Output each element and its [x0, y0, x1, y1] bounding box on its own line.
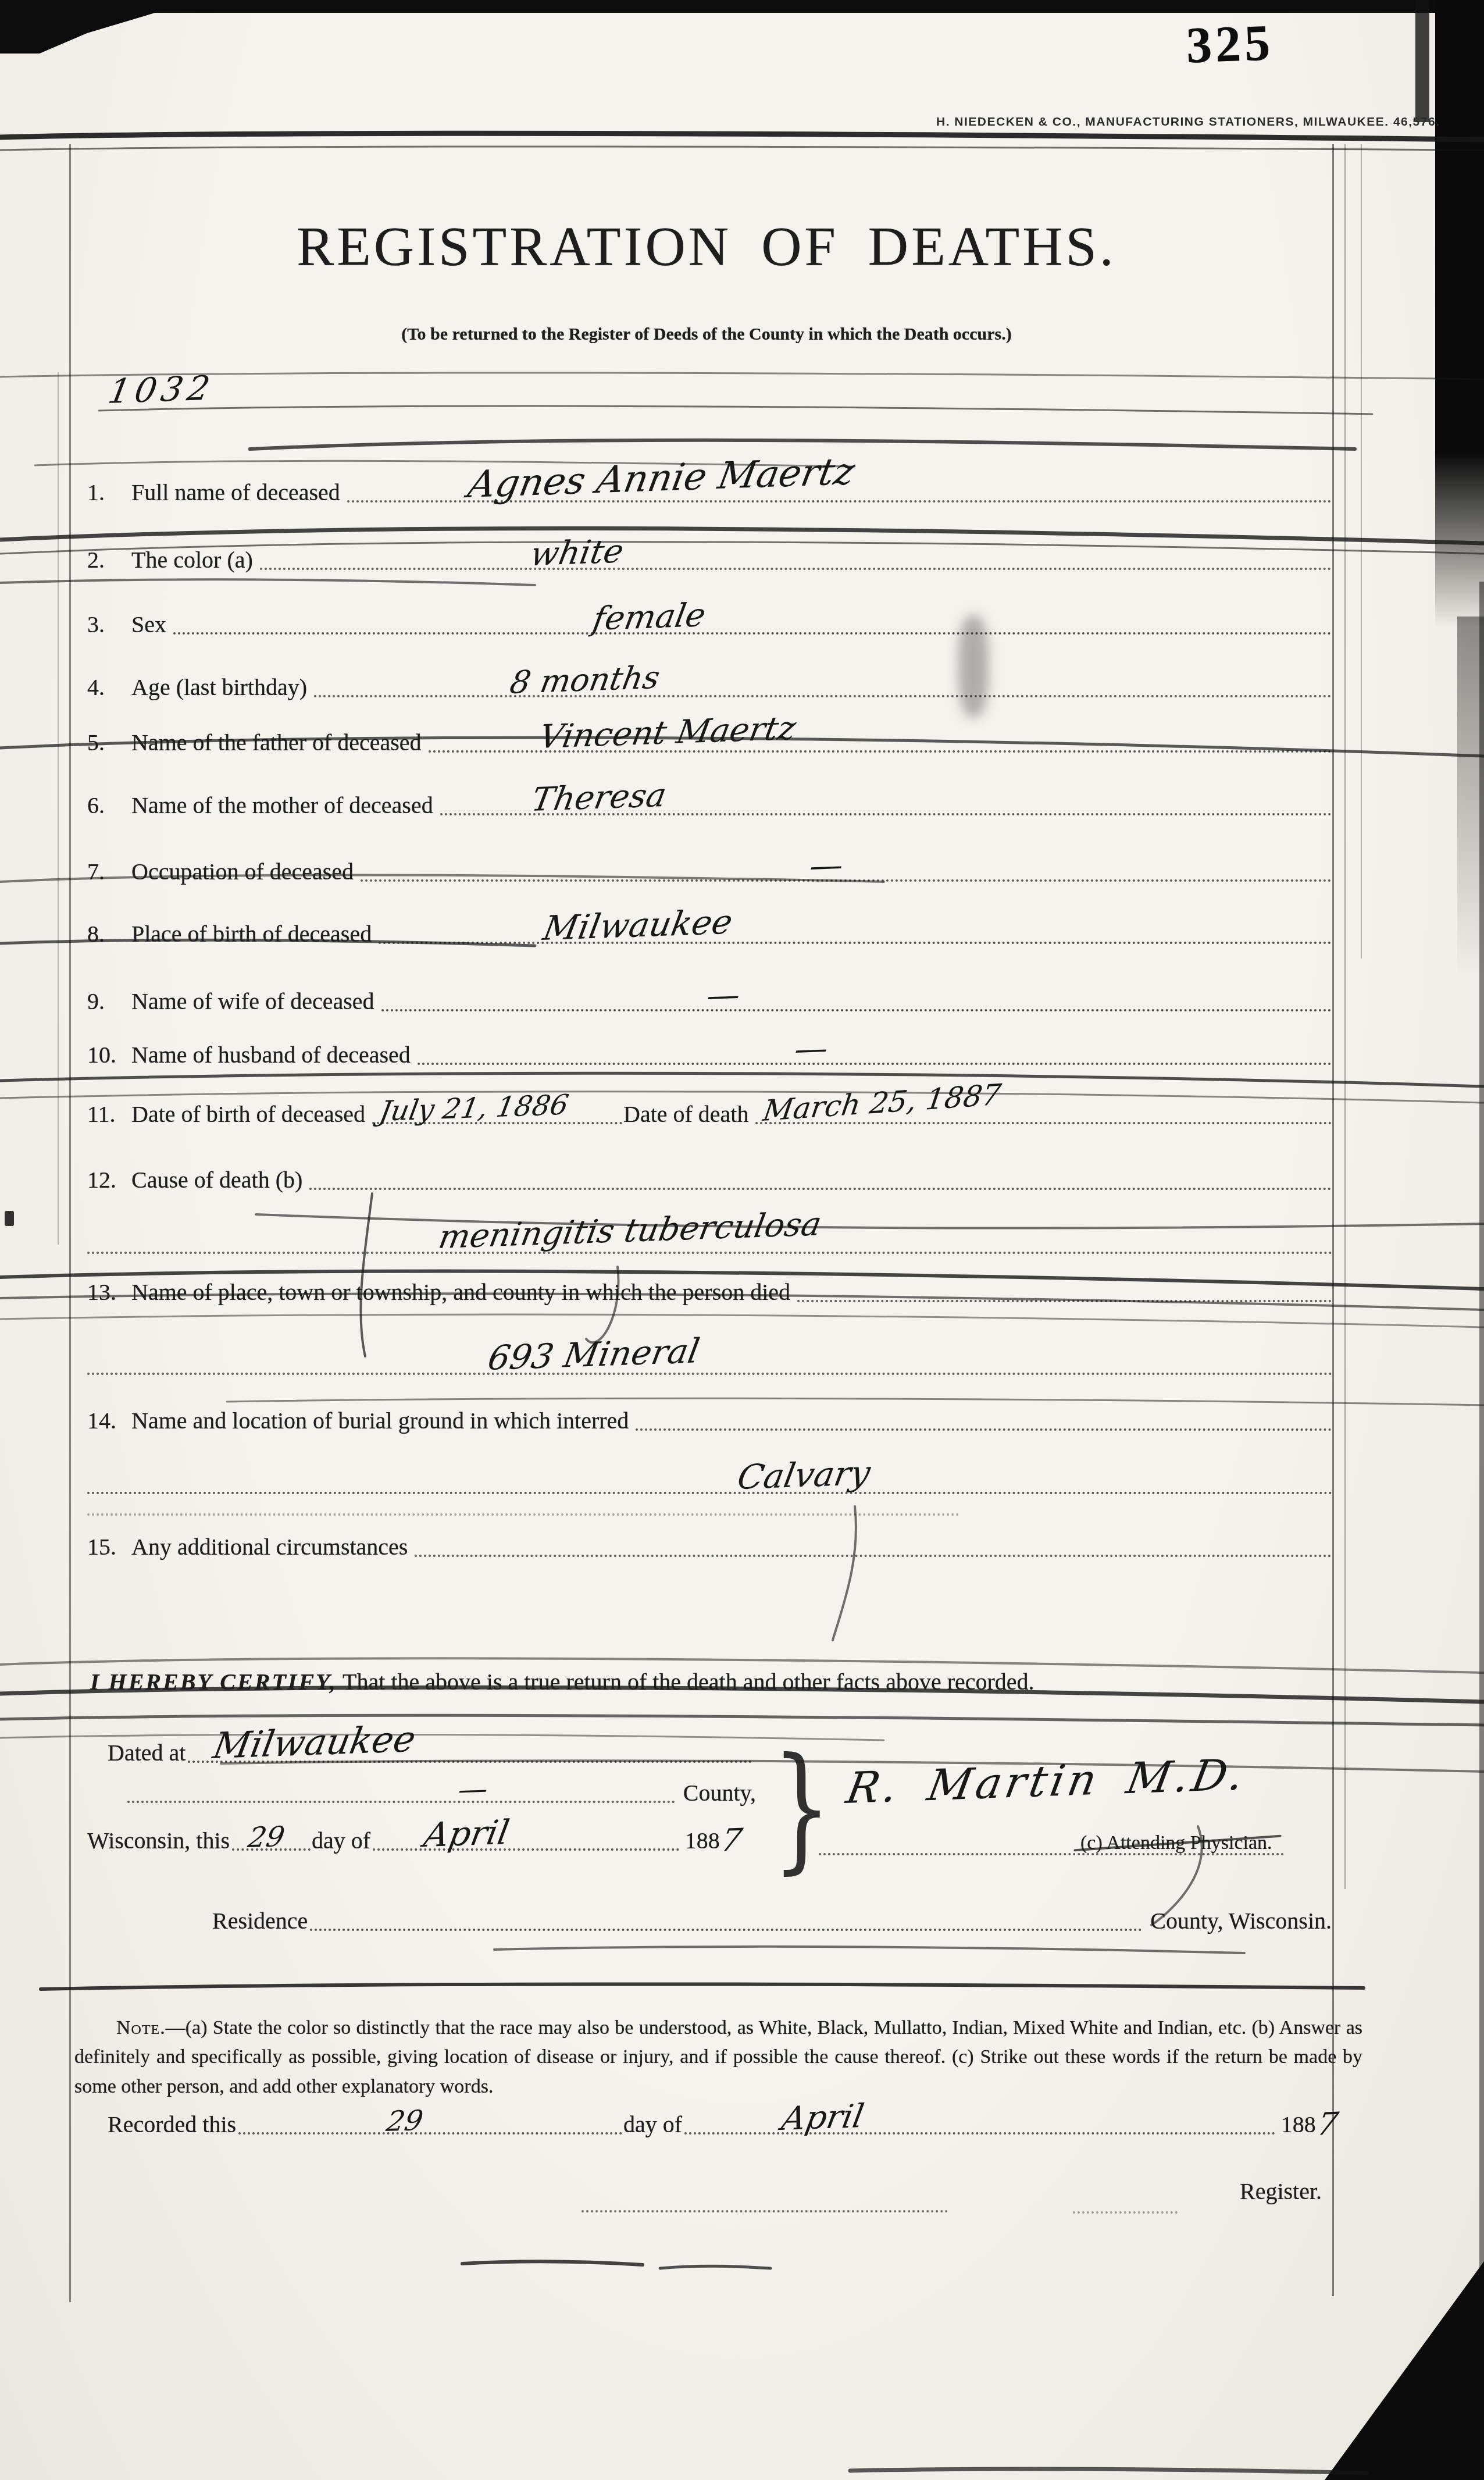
field-number: 6. — [87, 792, 131, 819]
field-label: Place of birth of deceased — [131, 921, 376, 947]
field-value-handwritten: — — [807, 849, 846, 883]
field-blank-line — [636, 1421, 1332, 1431]
field-row-additional-circumstances: 15. Any additional circumstances — [87, 1530, 1333, 1560]
year-printed: 188 — [680, 1827, 720, 1854]
field-row-occupation: 7. Occupation of deceased — — [87, 855, 1333, 885]
scan-edge-top — [0, 0, 1484, 13]
recorded-day-handwritten: 29 — [384, 2107, 425, 2136]
field-blank-line: Agnes Annie Maertz — [347, 493, 1332, 503]
field-label: Age (last birthday) — [131, 674, 312, 701]
field-label: Name and location of burial ground in wh… — [131, 1408, 633, 1434]
field-value-handwritten: Agnes Annie Maertz — [465, 453, 857, 504]
field-blank-line: July 21, 1886 — [372, 1115, 622, 1124]
county-blank: — — [127, 1794, 675, 1803]
curly-brace: } — [772, 1716, 832, 1900]
field-blank-line: white — [260, 561, 1332, 570]
document-title: REGISTRATION OF DEATHS. — [81, 214, 1332, 279]
field-row-wife-name: 9. Name of wife of deceased — — [87, 985, 1333, 1015]
field-blank-line: — — [361, 872, 1332, 882]
field-label: Sex — [131, 611, 171, 638]
scan-edge-right-fade — [1457, 617, 1484, 977]
field-number: 8. — [87, 921, 131, 947]
field-blank-line — [797, 1293, 1332, 1302]
field-row-mother-name: 6. Name of the mother of deceased Theres… — [87, 789, 1333, 819]
field-label: The color (a) — [131, 547, 258, 573]
page-number: 325 — [1185, 13, 1274, 75]
burial-ground-handwritten: Calvary — [735, 1456, 873, 1494]
recorded-prefix: Recorded this — [108, 2111, 236, 2138]
attending-physician-label: (c) Attending Physician. — [1080, 1832, 1272, 1854]
death-registration-scan: 325 H. NIEDECKEN & CO., MANUFACTURING ST… — [0, 0, 1484, 2480]
scan-edge-right — [1435, 0, 1484, 628]
field-blank-line: Milwaukee — [379, 935, 1332, 944]
residence-row: Residence County, Wisconsin. — [212, 1904, 1332, 1934]
form-border-right — [1332, 144, 1334, 2296]
recorded-year-digit-handwritten: 7 — [1315, 2108, 1340, 2140]
field-value-handwritten: 8 months — [508, 662, 662, 699]
field-number: 15. — [87, 1534, 131, 1560]
field-blank-line: — — [381, 1002, 1332, 1011]
field-label: Occupation of deceased — [131, 858, 358, 885]
field-blank-line: female — [173, 625, 1332, 635]
scan-edge-right-thin — [1479, 582, 1484, 2480]
month-handwritten: April — [422, 1815, 512, 1852]
field-row-birth-and-death-dates: 11. Date of birth of deceased July 21, 1… — [87, 1098, 1333, 1128]
place-of-death-handwritten: 693 Mineral — [486, 1334, 702, 1375]
dated-at-handwritten: Milwaukee — [211, 1721, 418, 1764]
field-label: Name of the mother of deceased — [131, 792, 438, 819]
field-label: Any additional circumstances — [131, 1534, 412, 1560]
birth-date-handwritten: July 21, 1886 — [377, 1091, 570, 1125]
field-label: Cause of death (b) — [131, 1167, 307, 1193]
county-row: — County, — [125, 1776, 756, 1806]
day-of-label: day of — [312, 1827, 370, 1854]
state-date-row: Wisconsin, this 29 day of April 188 7 — [87, 1824, 739, 1854]
field-number: 10. — [87, 1042, 131, 1068]
field-value-handwritten: Theresa — [529, 779, 669, 817]
day-handwritten: 29 — [246, 1823, 287, 1852]
recorded-month-blank: April — [684, 2125, 1275, 2135]
death-date-handwritten: March 25, 1887 — [761, 1080, 1003, 1125]
field-number: 5. — [87, 729, 131, 756]
field-value-handwritten: female — [590, 599, 708, 636]
document-subtitle: (To be returned to the Register of Deeds… — [81, 325, 1332, 344]
form-border-right-streak — [1361, 144, 1362, 958]
field-number: 11. — [87, 1101, 131, 1128]
cause-of-death-handwritten: meningitis tuberculosa — [436, 1208, 824, 1254]
register-signature-line-2 — [1073, 2211, 1178, 2214]
footnote: Note.—(a) State the color so distinctly … — [74, 2014, 1362, 2101]
field-blank-line: March 25, 1887 — [755, 1115, 1332, 1124]
field-number: 9. — [87, 988, 131, 1015]
field-number: 13. — [87, 1279, 131, 1306]
county-label: County, — [676, 1780, 756, 1806]
dated-at-label: Dated at — [108, 1740, 185, 1766]
dated-at-row: Dated at Milwaukee — [108, 1736, 753, 1766]
county-blank-mark: — — [456, 1774, 490, 1804]
recorded-month-handwritten: April — [779, 2100, 866, 2136]
day-blank: 29 — [232, 1841, 311, 1851]
field-blank-line: 8 months — [314, 688, 1332, 697]
field-number: 12. — [87, 1167, 131, 1193]
certify-text: That the above is a true return of the d… — [337, 1669, 1034, 1695]
scan-corner-bottom-right — [1325, 2261, 1484, 2480]
state-prefix: Wisconsin, this — [87, 1827, 230, 1854]
field-number: 1. — [87, 479, 131, 506]
month-blank: April — [373, 1841, 679, 1851]
register-label: Register. — [1240, 2178, 1322, 2205]
place-of-death-answer-line: 693 Mineral — [87, 1373, 1333, 1375]
recorded-row: Recorded this 29 day of April 188 7 — [108, 2108, 1335, 2138]
recorded-day-of-label: day of — [623, 2111, 682, 2138]
field-number: 7. — [87, 858, 131, 885]
field-label: Name of the father of deceased — [131, 729, 426, 756]
burial-ground-answer-line: Calvary — [87, 1492, 1333, 1494]
dated-at-blank: Milwaukee — [188, 1754, 752, 1763]
field-blank-line — [309, 1181, 1332, 1190]
year-digit-handwritten: 7 — [719, 1825, 744, 1857]
field-value-handwritten: — — [704, 979, 743, 1013]
recorded-day-blank: 29 — [238, 2125, 622, 2135]
field-number: 2. — [87, 547, 131, 573]
certify-lead: I HEREBY CERTIFY, — [90, 1669, 337, 1695]
field-label: Name of wife of deceased — [131, 988, 379, 1015]
field-row-father-name: 5. Name of the father of deceased Vincen… — [87, 726, 1333, 756]
field-label: Name of place, town or township, and cou… — [131, 1279, 795, 1306]
field-blank-line: — — [418, 1056, 1332, 1065]
field-value-handwritten: Milwaukee — [541, 905, 735, 945]
field-row-place-of-death: 13. Name of place, town or township, and… — [87, 1275, 1333, 1306]
cause-of-death-answer-line: meningitis tuberculosa — [87, 1252, 1333, 1254]
field-row-burial-ground: 14. Name and location of burial ground i… — [87, 1404, 1333, 1434]
stationer-imprint: H. NIEDECKEN & CO., MANUFACTURING STATIO… — [936, 115, 1440, 129]
residence-suffix: County, Wisconsin. — [1143, 1908, 1332, 1934]
field-number: 4. — [87, 674, 131, 701]
field-value-handwritten: Vincent Maertz — [537, 712, 798, 754]
field-row-sex: 3. Sex female — [87, 608, 1333, 638]
field-value-handwritten: — — [792, 1032, 830, 1066]
field-blank-line: Vincent Maertz — [429, 743, 1332, 753]
residence-blank — [310, 1922, 1142, 1931]
field-number: 3. — [87, 611, 131, 638]
margin-ink-mark — [5, 1211, 14, 1226]
field-label: Name of husband of deceased — [131, 1042, 415, 1068]
field-blank-line: Theresa — [440, 806, 1332, 815]
field-row-full-name: 1. Full name of deceased Agnes Annie Mae… — [87, 476, 1333, 506]
recorded-year-printed: 188 — [1276, 2111, 1316, 2138]
field-row-age: 4. Age (last birthday) 8 months — [87, 671, 1333, 701]
field-label: Full name of deceased — [131, 479, 345, 506]
scan-corner-top-left — [0, 0, 198, 54]
form-border-right-faint — [1344, 144, 1346, 1889]
form-border-left-faint — [58, 372, 59, 1245]
field-row-husband-name: 10. Name of husband of deceased — — [87, 1038, 1333, 1068]
field-number: 14. — [87, 1408, 131, 1434]
burial-ground-extra-line — [87, 1513, 959, 1516]
footnote-text: —(a) State the color so distinctly that … — [74, 2017, 1362, 2097]
field-value-handwritten: white — [528, 536, 626, 571]
footnote-lead: Note. — [116, 2017, 166, 2039]
form-border-left — [69, 144, 71, 2302]
scan-edge-right-streak — [1415, 0, 1429, 122]
field-row-cause-of-death: 12. Cause of death (b) — [87, 1163, 1333, 1193]
field-blank-line — [415, 1548, 1332, 1557]
record-number-handwritten: 1032 — [106, 371, 217, 408]
date-of-death-label: Date of death — [623, 1101, 753, 1128]
register-signature-line — [582, 2210, 948, 2212]
certification-statement: I HEREBY CERTIFY, That the above is a tr… — [90, 1668, 1034, 1695]
field-row-color: 2. The color (a) white — [87, 543, 1333, 573]
physician-signature: R. Martin M.D. — [843, 1753, 1250, 1810]
field-row-birthplace: 8. Place of birth of deceased Milwaukee — [87, 917, 1333, 947]
residence-label: Residence — [212, 1908, 308, 1934]
field-label: Date of birth of deceased — [131, 1101, 370, 1128]
